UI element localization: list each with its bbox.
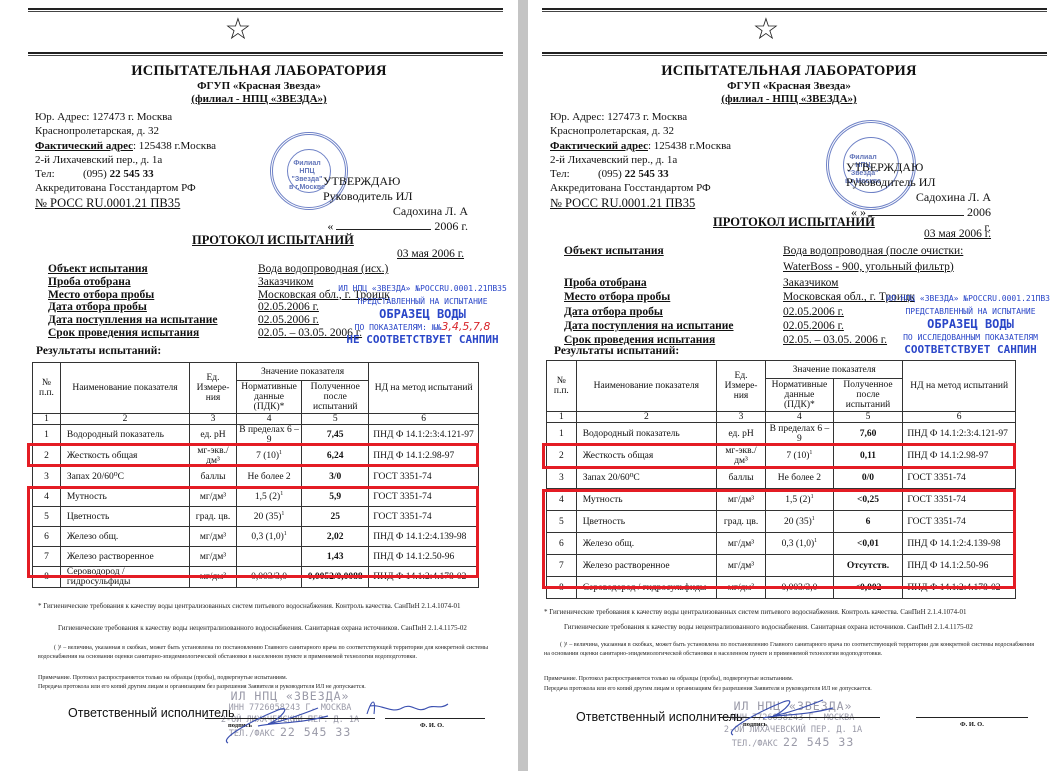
- table-row: 6Железо общ.мг/дм³0,3 (1,0)12,02ПНД Ф 14…: [33, 527, 479, 547]
- col-header-name: Наименование показателя: [60, 363, 189, 414]
- indicator-name: Цветность: [576, 511, 716, 533]
- measured-value: 7,45: [302, 425, 369, 446]
- footnote-sanpin-1074: * Гигиенические требования к качеству во…: [38, 602, 488, 612]
- actual-address-street: 2-й Лихачевский пер., д. 1а: [550, 153, 731, 167]
- unit: ед. pH: [190, 425, 237, 446]
- norm-value: 1,5 (2)1: [766, 489, 834, 511]
- table-row: 1Водородный показательед. pHВ пределах 6…: [33, 425, 479, 446]
- test-method: ПНД Ф 14.1:2:4.139-98: [369, 527, 479, 547]
- column-number: 6: [369, 414, 479, 425]
- col-header-no: № п.п.: [33, 363, 61, 414]
- norm-value: 20 (35)1: [766, 511, 834, 533]
- col-header-method: НД на метод испытаний: [369, 363, 479, 414]
- unit: мг/дм³: [716, 533, 765, 555]
- phone-label: Тел:: [35, 167, 83, 181]
- table-row: 7Железо растворенноемг/дм³1,43ПНД Ф 14.1…: [33, 547, 479, 567]
- unit: мг/дм³: [716, 555, 765, 577]
- norm-value: 1,5 (2)1: [236, 487, 301, 507]
- norm-value: 0,003/3,0: [766, 577, 834, 599]
- seal-line: НПЦ "Звезда": [287, 168, 327, 184]
- footnote-brackets: ( )¹ – величина, указанная в скобках, мо…: [544, 641, 1034, 658]
- branch-name: (филиал - НПЦ «ЗВЕЗДА»): [0, 93, 518, 105]
- norm-value: 7 (10)1: [766, 445, 834, 467]
- measured-value: 25: [302, 507, 369, 527]
- row-number: 6: [547, 533, 577, 555]
- indicator-name: Сероводород / гидросульфиды: [576, 577, 716, 599]
- protocol-title: ПРОТОКОЛ ИСПЫТАНИЙ: [713, 215, 875, 230]
- phone: Тел:(095) 22 545 33: [550, 167, 731, 181]
- lab-title: ИСПЫТАТЕЛЬНАЯ ЛАБОРАТОРИЯ: [528, 63, 1050, 80]
- unit: мг/дм³: [190, 527, 237, 547]
- table-row: 4Мутностьмг/дм³1,5 (2)1<0,25ГОСТ 3351-74: [547, 489, 1016, 511]
- table-row: 4Мутностьмг/дм³1,5 (2)15,9ГОСТ 3351-74: [33, 487, 479, 507]
- test-method: ГОСТ 3351-74: [903, 511, 1016, 533]
- handwritten-signature: [218, 698, 338, 748]
- approver-role: Руководитель ИЛ: [846, 175, 991, 190]
- results-title: Результаты испытаний:: [554, 345, 679, 357]
- test-method: ПНД Ф 14.1:2.50-96: [369, 547, 479, 567]
- info-label: Дата поступления на испытание: [564, 320, 734, 333]
- column-number-row: 123456: [33, 414, 479, 425]
- measured-value: 7,60: [833, 423, 903, 445]
- unit: мг/дм³: [190, 547, 237, 567]
- col-header-unit: Ед. Измере-ния: [190, 363, 237, 414]
- actual-address-street: 2-й Лихачевский пер., д. 1а: [35, 153, 216, 167]
- test-method: ПНД Ф 14.1:2:4.139-98: [903, 533, 1016, 555]
- unit: мг/дм³: [716, 489, 765, 511]
- info-label: Проба отобрана: [564, 277, 647, 290]
- norm-value: Не более 2: [236, 467, 301, 487]
- actual-address: Фактический адрес: 125438 г.Москва: [35, 139, 216, 153]
- measured-value: 3/0: [302, 467, 369, 487]
- row-number: 8: [33, 567, 61, 588]
- test-method: ГОСТ 3351-74: [903, 467, 1016, 489]
- measured-value: 2,02: [302, 527, 369, 547]
- actual-address-value: : 125438 г.Москва: [133, 140, 216, 152]
- measured-value: <0,25: [833, 489, 903, 511]
- col-header-obtained: Полученное после испытаний: [833, 379, 903, 412]
- info-label: Объект испытания: [48, 263, 148, 276]
- protocol-date: 03 мая 2006 г.: [397, 248, 464, 260]
- indicator-name: Сероводород / гидросульфиды: [60, 567, 189, 588]
- row-number: 2: [547, 445, 577, 467]
- fio-label: Ф. И. О.: [960, 721, 984, 728]
- test-method: ПНД Ф 14.1:2:3:4.121-97: [369, 425, 479, 446]
- verdict-result: НЕ СООТВЕТСТВУЕТ САНПИН: [335, 334, 510, 347]
- info-label: Дата поступления на испытание: [48, 314, 218, 327]
- info-value: Заказчиком: [258, 276, 313, 289]
- table-row: 2Жесткость общаямг-экв./дм³7 (10)16,24ПН…: [33, 446, 479, 467]
- approval-date-line: [869, 215, 964, 216]
- accreditation: Аккредитована Госстандартом РФ: [35, 181, 216, 195]
- star-icon: ☆: [751, 15, 781, 45]
- norm-value: Не более 2: [766, 467, 834, 489]
- column-number-row: 123456: [547, 412, 1016, 423]
- table-row: 8Сероводород / гидросульфидымг/дм³0,003/…: [547, 577, 1016, 599]
- info-value: 02.05.2006 г.: [783, 320, 844, 333]
- accreditation-number: № РОСС RU.0001.21 ПВ35: [35, 196, 216, 210]
- info-label: Дата отбора пробы: [564, 306, 663, 319]
- phone-number: 22 545 33: [625, 168, 669, 180]
- round-seal-text: Филиал НПЦ "Звезда" в г.Москве: [287, 160, 327, 192]
- info-value: Заказчиком: [783, 277, 838, 290]
- approve-label: УТВЕРЖДАЮ: [846, 160, 991, 175]
- indicator-name: Железо растворенное: [576, 555, 716, 577]
- lab-title: ИСПЫТАТЕЛЬНАЯ ЛАБОРАТОРИЯ: [0, 63, 518, 80]
- info-label: Срок проведения испытания: [48, 327, 199, 340]
- unit: баллы: [716, 467, 765, 489]
- info-value: Вода водопроводная (после очистки:: [783, 245, 963, 258]
- verdict-indicators: ПО ИССЛЕДОВАННЫМ ПОКАЗАТЕЛЯМ: [883, 331, 1050, 345]
- verdict-stamp: ИЛ НПЦ «ЗВЕЗДА» №РОССRU.0001.21ПВ35 ПРЕД…: [883, 293, 1050, 357]
- col-header-value-group: Значение показателя: [766, 361, 903, 379]
- actual-address-value: : 125438 г.Москва: [648, 140, 731, 152]
- info-value: 02.05. – 03.05. 2006 г.: [783, 334, 887, 347]
- measured-value: 6,24: [302, 446, 369, 467]
- results-title: Результаты испытаний:: [36, 345, 161, 357]
- table-row: 1Водородный показательед. pHВ пределах 6…: [547, 423, 1016, 445]
- approve-label: УТВЕРЖДАЮ: [323, 174, 468, 189]
- handwritten-surname: [362, 696, 452, 721]
- protocol-page-after-filter: ☆ ИСПЫТАТЕЛЬНАЯ ЛАБОРАТОРИЯ ФГУП «Красна…: [528, 0, 1050, 771]
- info-label: Проба отобрана: [48, 276, 131, 289]
- table-row: 8Сероводород / гидросульфидымг/дм³0,003/…: [33, 567, 479, 588]
- seal-line: Филиал: [287, 160, 327, 168]
- responsible-executor: Ответственный исполнитель: [576, 710, 743, 724]
- header-rule-top: [28, 8, 503, 12]
- norm-value: 20 (35)1: [236, 507, 301, 527]
- header-rule-bottom: [542, 52, 1047, 56]
- handwritten-signature: [723, 690, 843, 740]
- footnote-sanpin-1175: Гигиенические требования к качеству воды…: [544, 623, 1034, 633]
- address-block: Юр. Адрес: 127473 г. Москва Краснопролет…: [550, 110, 731, 210]
- column-number: 1: [547, 412, 577, 423]
- legal-address-street: Краснопролетарская, д. 32: [550, 124, 731, 138]
- test-method: ПНД Ф 14.1:2.98-97: [903, 445, 1016, 467]
- unit: мг/дм³: [190, 567, 237, 588]
- norm-value: 0,003/3,0: [236, 567, 301, 588]
- test-method: ГОСТ 3351-74: [369, 487, 479, 507]
- col-header-name: Наименование показателя: [576, 361, 716, 412]
- test-method: ПНД Ф 14.1:2:3:4.121-97: [903, 423, 1016, 445]
- column-number: 3: [190, 414, 237, 425]
- col-header-value-group: Значение показателя: [236, 363, 368, 381]
- indicator-name: Цветность: [60, 507, 189, 527]
- col-header-no: № п.п.: [547, 361, 577, 412]
- approval-quote: «: [327, 219, 333, 233]
- measured-value: 1,43: [302, 547, 369, 567]
- note-scope: Примечание. Протокол распространяется то…: [544, 675, 1034, 685]
- norm-value: [236, 547, 301, 567]
- seal-line: в г.Москве: [287, 184, 327, 192]
- unit: мг-экв./дм³: [716, 445, 765, 467]
- indicator-name: Водородный показатель: [576, 423, 716, 445]
- table-row: 6Железо общ.мг/дм³0,3 (1,0)1<0,01ПНД Ф 1…: [547, 533, 1016, 555]
- column-number: 5: [302, 414, 369, 425]
- test-method: ПНД Ф 14.1:2.50-96: [903, 555, 1016, 577]
- norm-value: В пределах 6 – 9: [236, 425, 301, 446]
- test-method: ПНД Ф 14.1:2:4.178-02: [903, 577, 1016, 599]
- indicator-name: Железо растворенное: [60, 547, 189, 567]
- row-number: 3: [33, 467, 61, 487]
- measured-value: 0,11: [833, 445, 903, 467]
- phone-code: (095): [598, 168, 622, 180]
- unit: мг/дм³: [716, 577, 765, 599]
- indicator-name: Мутность: [60, 487, 189, 507]
- footnote-sanpin-1175: Гигиенические требования к качеству воды…: [38, 624, 488, 634]
- info-label: Дата отбора пробы: [48, 301, 147, 314]
- verdict-result: СООТВЕТСТВУЕТ САНПИН: [883, 344, 1050, 357]
- table-row: 2Жесткость общаямг-экв./дм³7 (10)10,11ПН…: [547, 445, 1016, 467]
- row-number: 3: [547, 467, 577, 489]
- col-header-obtained: Полученное после испытаний: [302, 381, 369, 414]
- unit: мг/дм³: [190, 487, 237, 507]
- test-method: ПНД Ф 14.1:2.98-97: [369, 446, 479, 467]
- table-row: 5Цветностьград. цв.20 (35)125ГОСТ 3351-7…: [33, 507, 479, 527]
- branch-name: (филиал - НПЦ «ЗВЕЗДА»): [528, 93, 1050, 105]
- row-number: 1: [33, 425, 61, 446]
- approval-date: «2006 г.: [323, 219, 468, 234]
- phone-number: 22 545 33: [110, 168, 154, 180]
- unit: ед. pH: [716, 423, 765, 445]
- measured-value: <0,01: [833, 533, 903, 555]
- test-method: ГОСТ 3351-74: [369, 507, 479, 527]
- protocol-page-before-filter: ☆ ИСПЫТАТЕЛЬНАЯ ЛАБОРАТОРИЯ ФГУП «Красна…: [0, 0, 518, 771]
- col-header-method: НД на метод испытаний: [903, 361, 1016, 412]
- row-number: 6: [33, 527, 61, 547]
- protocol-date: 03 мая 2006 г.: [924, 228, 991, 240]
- address-block: Юр. Адрес: 127473 г. Москва Краснопролет…: [35, 110, 216, 210]
- footnote-sanpin-1074: * Гигиенические требования к качеству во…: [544, 608, 1034, 618]
- info-value-continued: WaterBoss - 900, угольный фильтр): [783, 261, 954, 274]
- column-number: 2: [576, 412, 716, 423]
- norm-value: В пределах 6 – 9: [766, 423, 834, 445]
- info-label: Место отбора пробы: [48, 289, 154, 302]
- results-table: № п.п. Наименование показателя Ед. Измер…: [32, 362, 479, 588]
- measured-value: Отсутств.: [833, 555, 903, 577]
- measured-value: 6: [833, 511, 903, 533]
- row-number: 4: [547, 489, 577, 511]
- results-table: № п.п. Наименование показателя Ед. Измер…: [546, 360, 1016, 599]
- accreditation-number: № РОСС RU.0001.21 ПВ35: [550, 196, 731, 210]
- row-number: 5: [33, 507, 61, 527]
- indicator-name: Жесткость общая: [60, 446, 189, 467]
- info-value: 02.05.2006 г.: [258, 301, 319, 314]
- test-method: ГОСТ 3351-74: [903, 489, 1016, 511]
- norm-value: [766, 555, 834, 577]
- protocol-title: ПРОТОКОЛ ИСПЫТАНИЙ: [192, 233, 354, 248]
- star-icon: ☆: [223, 15, 253, 45]
- legal-address-street: Краснопролетарская, д. 32: [35, 124, 216, 138]
- indicator-name: Железо общ.: [576, 533, 716, 555]
- column-number: 4: [766, 412, 834, 423]
- approval-date-line: [336, 229, 431, 230]
- info-label: Объект испытания: [564, 245, 664, 258]
- unit: град. цв.: [716, 511, 765, 533]
- legal-address: Юр. Адрес: 127473 г. Москва: [35, 110, 216, 124]
- header-rule-top: [542, 8, 1047, 12]
- table-row: 5Цветностьград. цв.20 (35)16ГОСТ 3351-74: [547, 511, 1016, 533]
- column-number: 3: [716, 412, 765, 423]
- unit: мг-экв./дм³: [190, 446, 237, 467]
- info-value: Вода водопроводная (исх.): [258, 263, 388, 276]
- column-number: 4: [236, 414, 301, 425]
- row-number: 7: [547, 555, 577, 577]
- phone-code: (095): [83, 168, 107, 180]
- page-divider: [518, 0, 528, 771]
- row-number: 8: [547, 577, 577, 599]
- actual-address: Фактический адрес: 125438 г.Москва: [550, 139, 731, 153]
- column-number: 2: [60, 414, 189, 425]
- table-row: 3Запах 20/60⁰СбаллыНе более 23/0ГОСТ 335…: [33, 467, 479, 487]
- indicator-name: Железо общ.: [60, 527, 189, 547]
- row-number: 4: [33, 487, 61, 507]
- col-header-norm: Нормативные данные (ПДК)*: [766, 379, 834, 412]
- norm-value: 0,3 (1,0)1: [236, 527, 301, 547]
- indicator-name: Водородный показатель: [60, 425, 189, 446]
- indicator-name: Жесткость общая: [576, 445, 716, 467]
- phone: Тел:(095) 22 545 33: [35, 167, 216, 181]
- legal-address: Юр. Адрес: 127473 г. Москва: [550, 110, 731, 124]
- column-number: 5: [833, 412, 903, 423]
- phone-label: Тел:: [550, 167, 598, 181]
- verdict-lab: ИЛ НПЦ «ЗВЕЗДА» №РОССRU.0001.21ПВ35: [335, 283, 510, 296]
- fio-line: [916, 717, 1028, 718]
- column-number: 1: [33, 414, 61, 425]
- org-name: ФГУП «Красная Звезда»: [528, 80, 1050, 92]
- table-row: 3Запах 20/60⁰СбаллыНе более 20/0ГОСТ 335…: [547, 467, 1016, 489]
- approval-year: 2006 г.: [434, 219, 468, 233]
- measured-value: 0,0052/0,0088: [302, 567, 369, 588]
- indicator-name: Запах 20/60⁰С: [576, 467, 716, 489]
- indicator-name: Запах 20/60⁰С: [60, 467, 189, 487]
- header-rule-bottom: [28, 52, 503, 56]
- approver-role: Руководитель ИЛ: [323, 189, 468, 204]
- actual-address-label: Фактический адрес: [35, 140, 133, 152]
- verdict-stamp: ИЛ НПЦ «ЗВЕЗДА» №РОССRU.0001.21ПВ35 ПРЕД…: [335, 283, 510, 347]
- verdict-indicators: ПО ПОКАЗАТЕЛЯМ: №№3,4,5,7,8: [335, 321, 510, 335]
- column-number: 6: [903, 412, 1016, 423]
- indicator-name: Мутность: [576, 489, 716, 511]
- handwritten-indicator-numbers: 3,4,5,7,8: [441, 320, 490, 333]
- accreditation: Аккредитована Госстандартом РФ: [550, 181, 731, 195]
- info-value: 02.05.2006 г.: [258, 314, 319, 327]
- approver-name: Садохина Л. А: [846, 190, 991, 205]
- verdict-sample: ОБРАЗЕЦ ВОДЫ: [883, 318, 1050, 331]
- fio-label: Ф. И. О.: [420, 722, 444, 729]
- verdict-lab: ИЛ НПЦ «ЗВЕЗДА» №РОССRU.0001.21ПВ35: [883, 293, 1050, 306]
- approval-block: УТВЕРЖДАЮ Руководитель ИЛ Садохина Л. А …: [323, 174, 468, 234]
- row-number: 2: [33, 446, 61, 467]
- norm-value: 0,3 (1,0)1: [766, 533, 834, 555]
- test-method: ПНД Ф 14.1:2:4.178-02: [369, 567, 479, 588]
- table-row: 7Железо растворенноемг/дм³Отсутств.ПНД Ф…: [547, 555, 1016, 577]
- measured-value: 0/0: [833, 467, 903, 489]
- measured-value: <0,002: [833, 577, 903, 599]
- row-number: 7: [33, 547, 61, 567]
- col-header-unit: Ед. Измере-ния: [716, 361, 765, 412]
- org-name: ФГУП «Красная Звезда»: [0, 80, 518, 92]
- approver-name: Садохина Л. А: [323, 204, 468, 219]
- actual-address-label: Фактический адрес: [550, 140, 648, 152]
- info-label: Место отбора пробы: [564, 291, 670, 304]
- measured-value: 5,9: [302, 487, 369, 507]
- col-header-norm: Нормативные данные (ПДК)*: [236, 381, 301, 414]
- norm-value: 7 (10)1: [236, 446, 301, 467]
- test-method: ГОСТ 3351-74: [369, 467, 479, 487]
- row-number: 5: [547, 511, 577, 533]
- unit: град. цв.: [190, 507, 237, 527]
- row-number: 1: [547, 423, 577, 445]
- info-value: 02.05.2006 г.: [783, 306, 844, 319]
- unit: баллы: [190, 467, 237, 487]
- footnote-brackets: ( )¹ – величина, указанная в скобках, мо…: [38, 644, 488, 661]
